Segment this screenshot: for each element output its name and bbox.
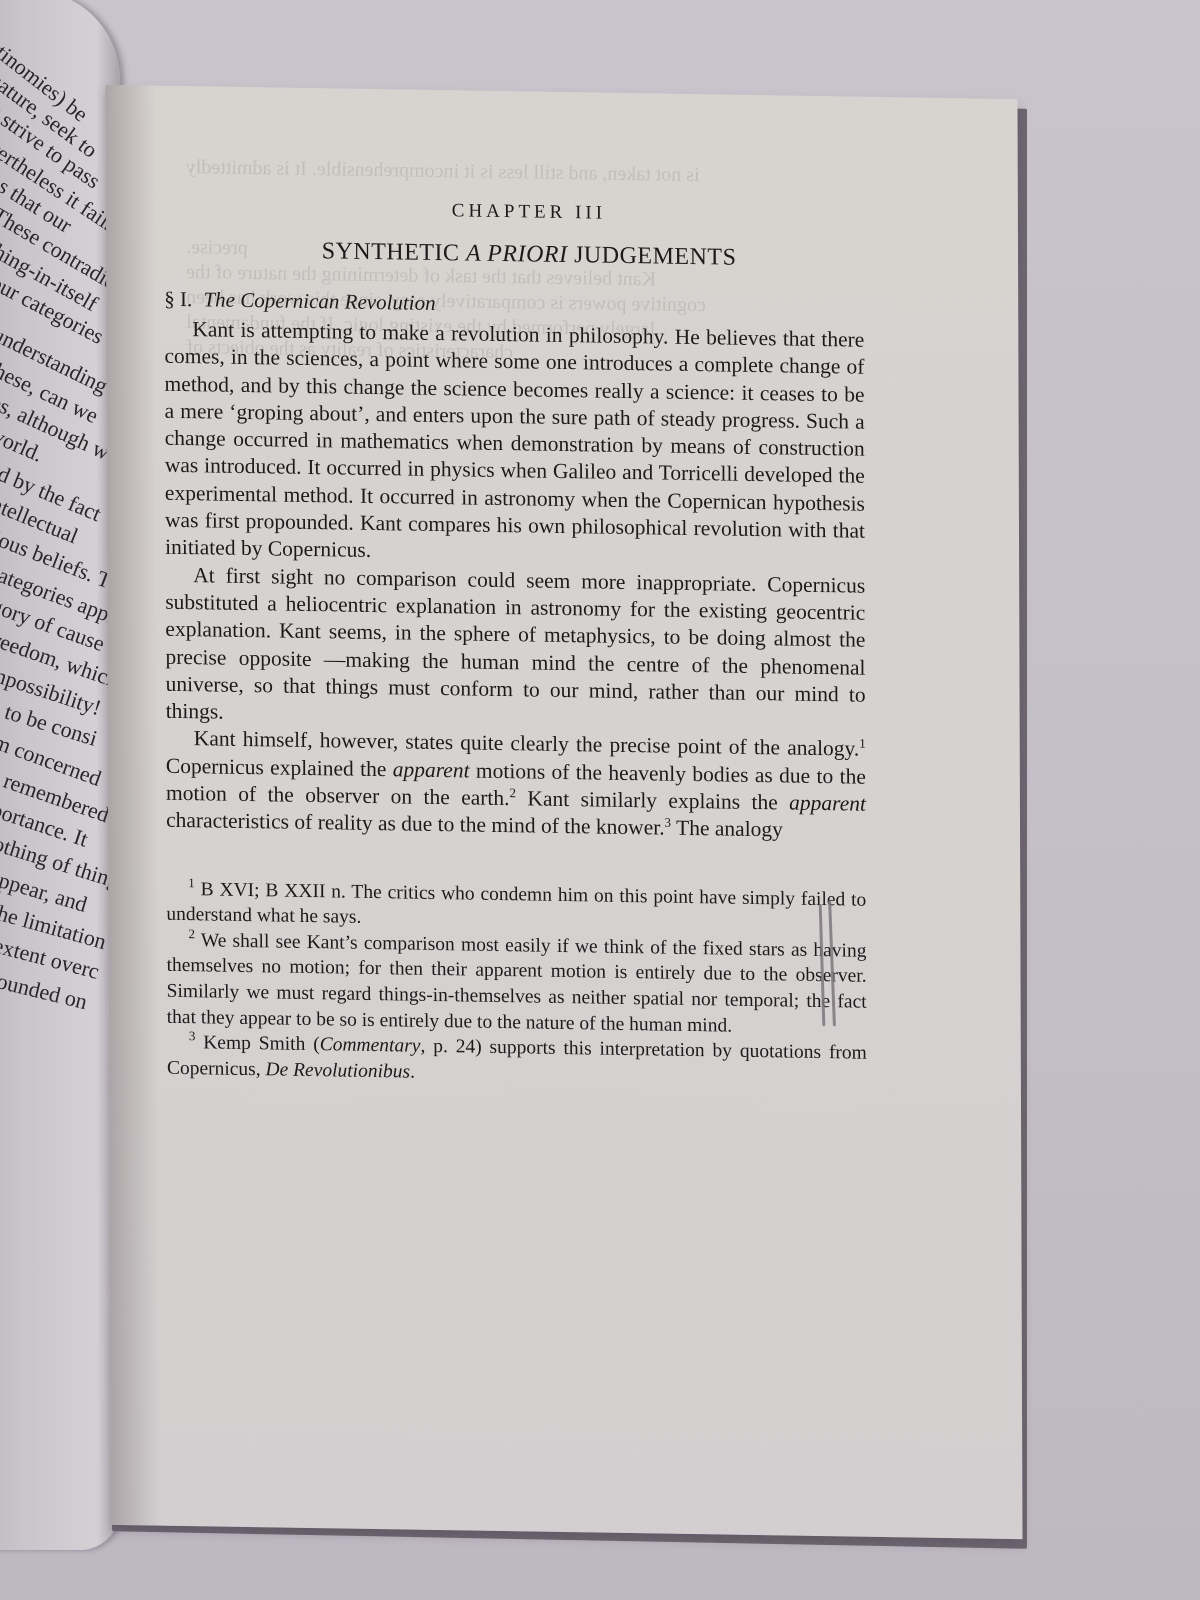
title-part-1: SYNTHETIC [322, 238, 460, 266]
footnote-2: 2 We shall see Kant’s comparison most ea… [166, 928, 866, 1041]
title-part-3: JUDGEMENTS [574, 242, 736, 271]
right-page: is not taken, and still less is it incom… [105, 85, 1022, 1539]
paragraph-1: Kant is attempting to make a revolution … [164, 316, 865, 573]
footnotes: 1 B XVI; B XXII n. The critics who conde… [166, 876, 867, 1092]
chapter-label: CHAPTER III [194, 196, 864, 229]
title-part-2-italic: A PRIORI [466, 240, 568, 268]
page-content: CHAPTER III SYNTHETIC A PRIORI JUDGEMENT… [164, 196, 867, 1092]
section-name: The Copernican Revolution [203, 287, 435, 315]
show-through-line: is not taken, and still less is it incom… [186, 156, 700, 187]
paragraph-2: At first sight no comparison could seem … [165, 561, 866, 736]
left-facing-page: ntinomies) benature, seek tot strive to … [0, 0, 120, 1550]
footnote-3: 3 Kemp Smith (Commentary, p. 24) support… [167, 1030, 867, 1092]
footnote-ref-1[interactable]: 1 [859, 736, 866, 751]
paragraph-3: Kant himself, however, states quite clea… [166, 725, 866, 845]
chapter-title: SYNTHETIC A PRIORI JUDGEMENTS [194, 236, 864, 274]
section-number: § I. [164, 287, 192, 311]
binding-shadow [105, 85, 160, 1526]
